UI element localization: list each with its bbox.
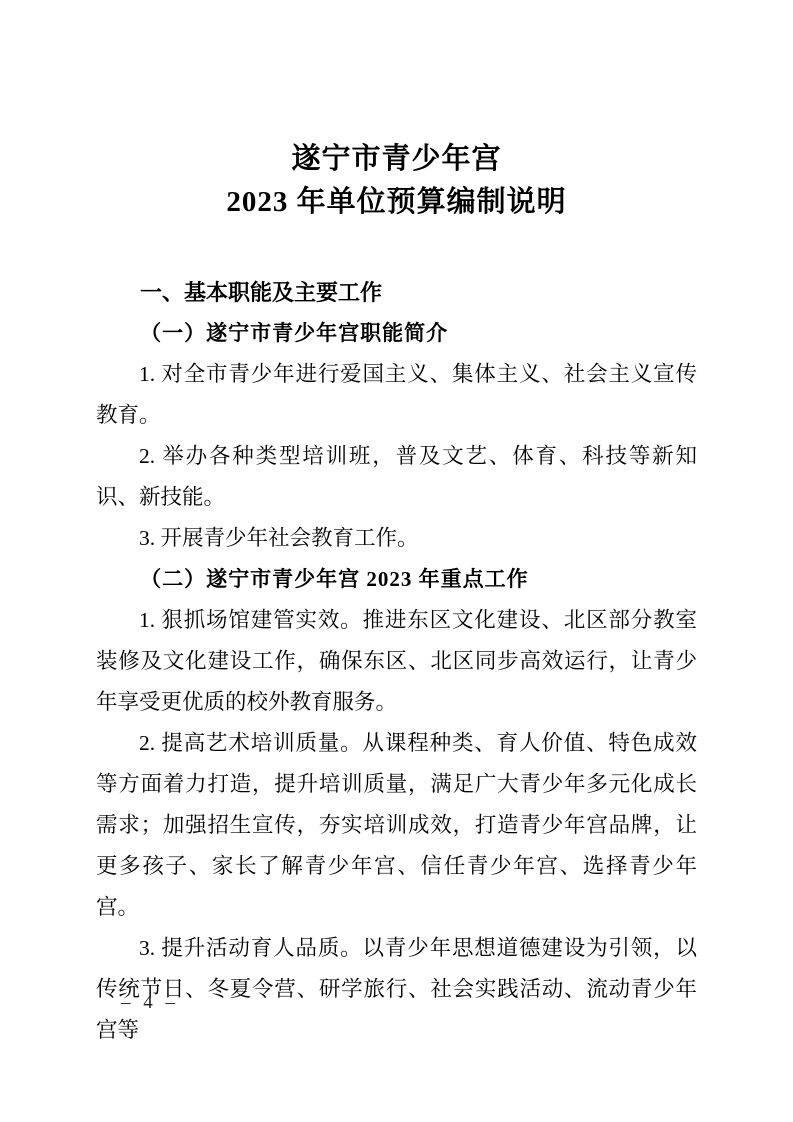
paragraph-keywork-2: 2. 提高艺术培训质量。从课程种类、育人价值、特色成效等方面着力打造，提升培训质… bbox=[96, 723, 697, 928]
sub-heading-key-work-2023: （二）遂宁市青少年宫 2023 年重点工作 bbox=[96, 559, 697, 600]
document-title: 遂宁市青少年宫 2023 年单位预算编制说明 bbox=[96, 138, 697, 224]
document-page: 遂宁市青少年宫 2023 年单位预算编制说明 一、基本职能及主要工作 （一）遂宁… bbox=[0, 0, 793, 1122]
paragraph-keywork-1: 1. 狠抓场馆建管实效。推进东区文化建设、北区部分教室装修及文化建设工作，确保东… bbox=[96, 600, 697, 723]
document-content: 遂宁市青少年宫 2023 年单位预算编制说明 一、基本职能及主要工作 （一）遂宁… bbox=[96, 0, 697, 1051]
page-number: – 4 – bbox=[121, 992, 179, 1014]
document-title-line1: 遂宁市青少年宫 bbox=[96, 138, 697, 181]
section-heading-basic-functions: 一、基本职能及主要工作 bbox=[96, 272, 697, 313]
paragraph-keywork-3: 3. 提升活动育人品质。以青少年思想道德建设为引领，以传统节日、冬夏令营、研学旅… bbox=[96, 928, 697, 1051]
paragraph-function-2: 2. 举办各种类型培训班，普及文艺、体育、科技等新知识、新技能。 bbox=[96, 436, 697, 518]
paragraph-function-1: 1. 对全市青少年进行爱国主义、集体主义、社会主义宣传教育。 bbox=[96, 354, 697, 436]
document-title-line2: 2023 年单位预算编制说明 bbox=[96, 181, 697, 224]
paragraph-function-3: 3. 开展青少年社会教育工作。 bbox=[96, 518, 697, 559]
sub-heading-functions-intro: （一）遂宁市青少年宫职能简介 bbox=[96, 313, 697, 354]
